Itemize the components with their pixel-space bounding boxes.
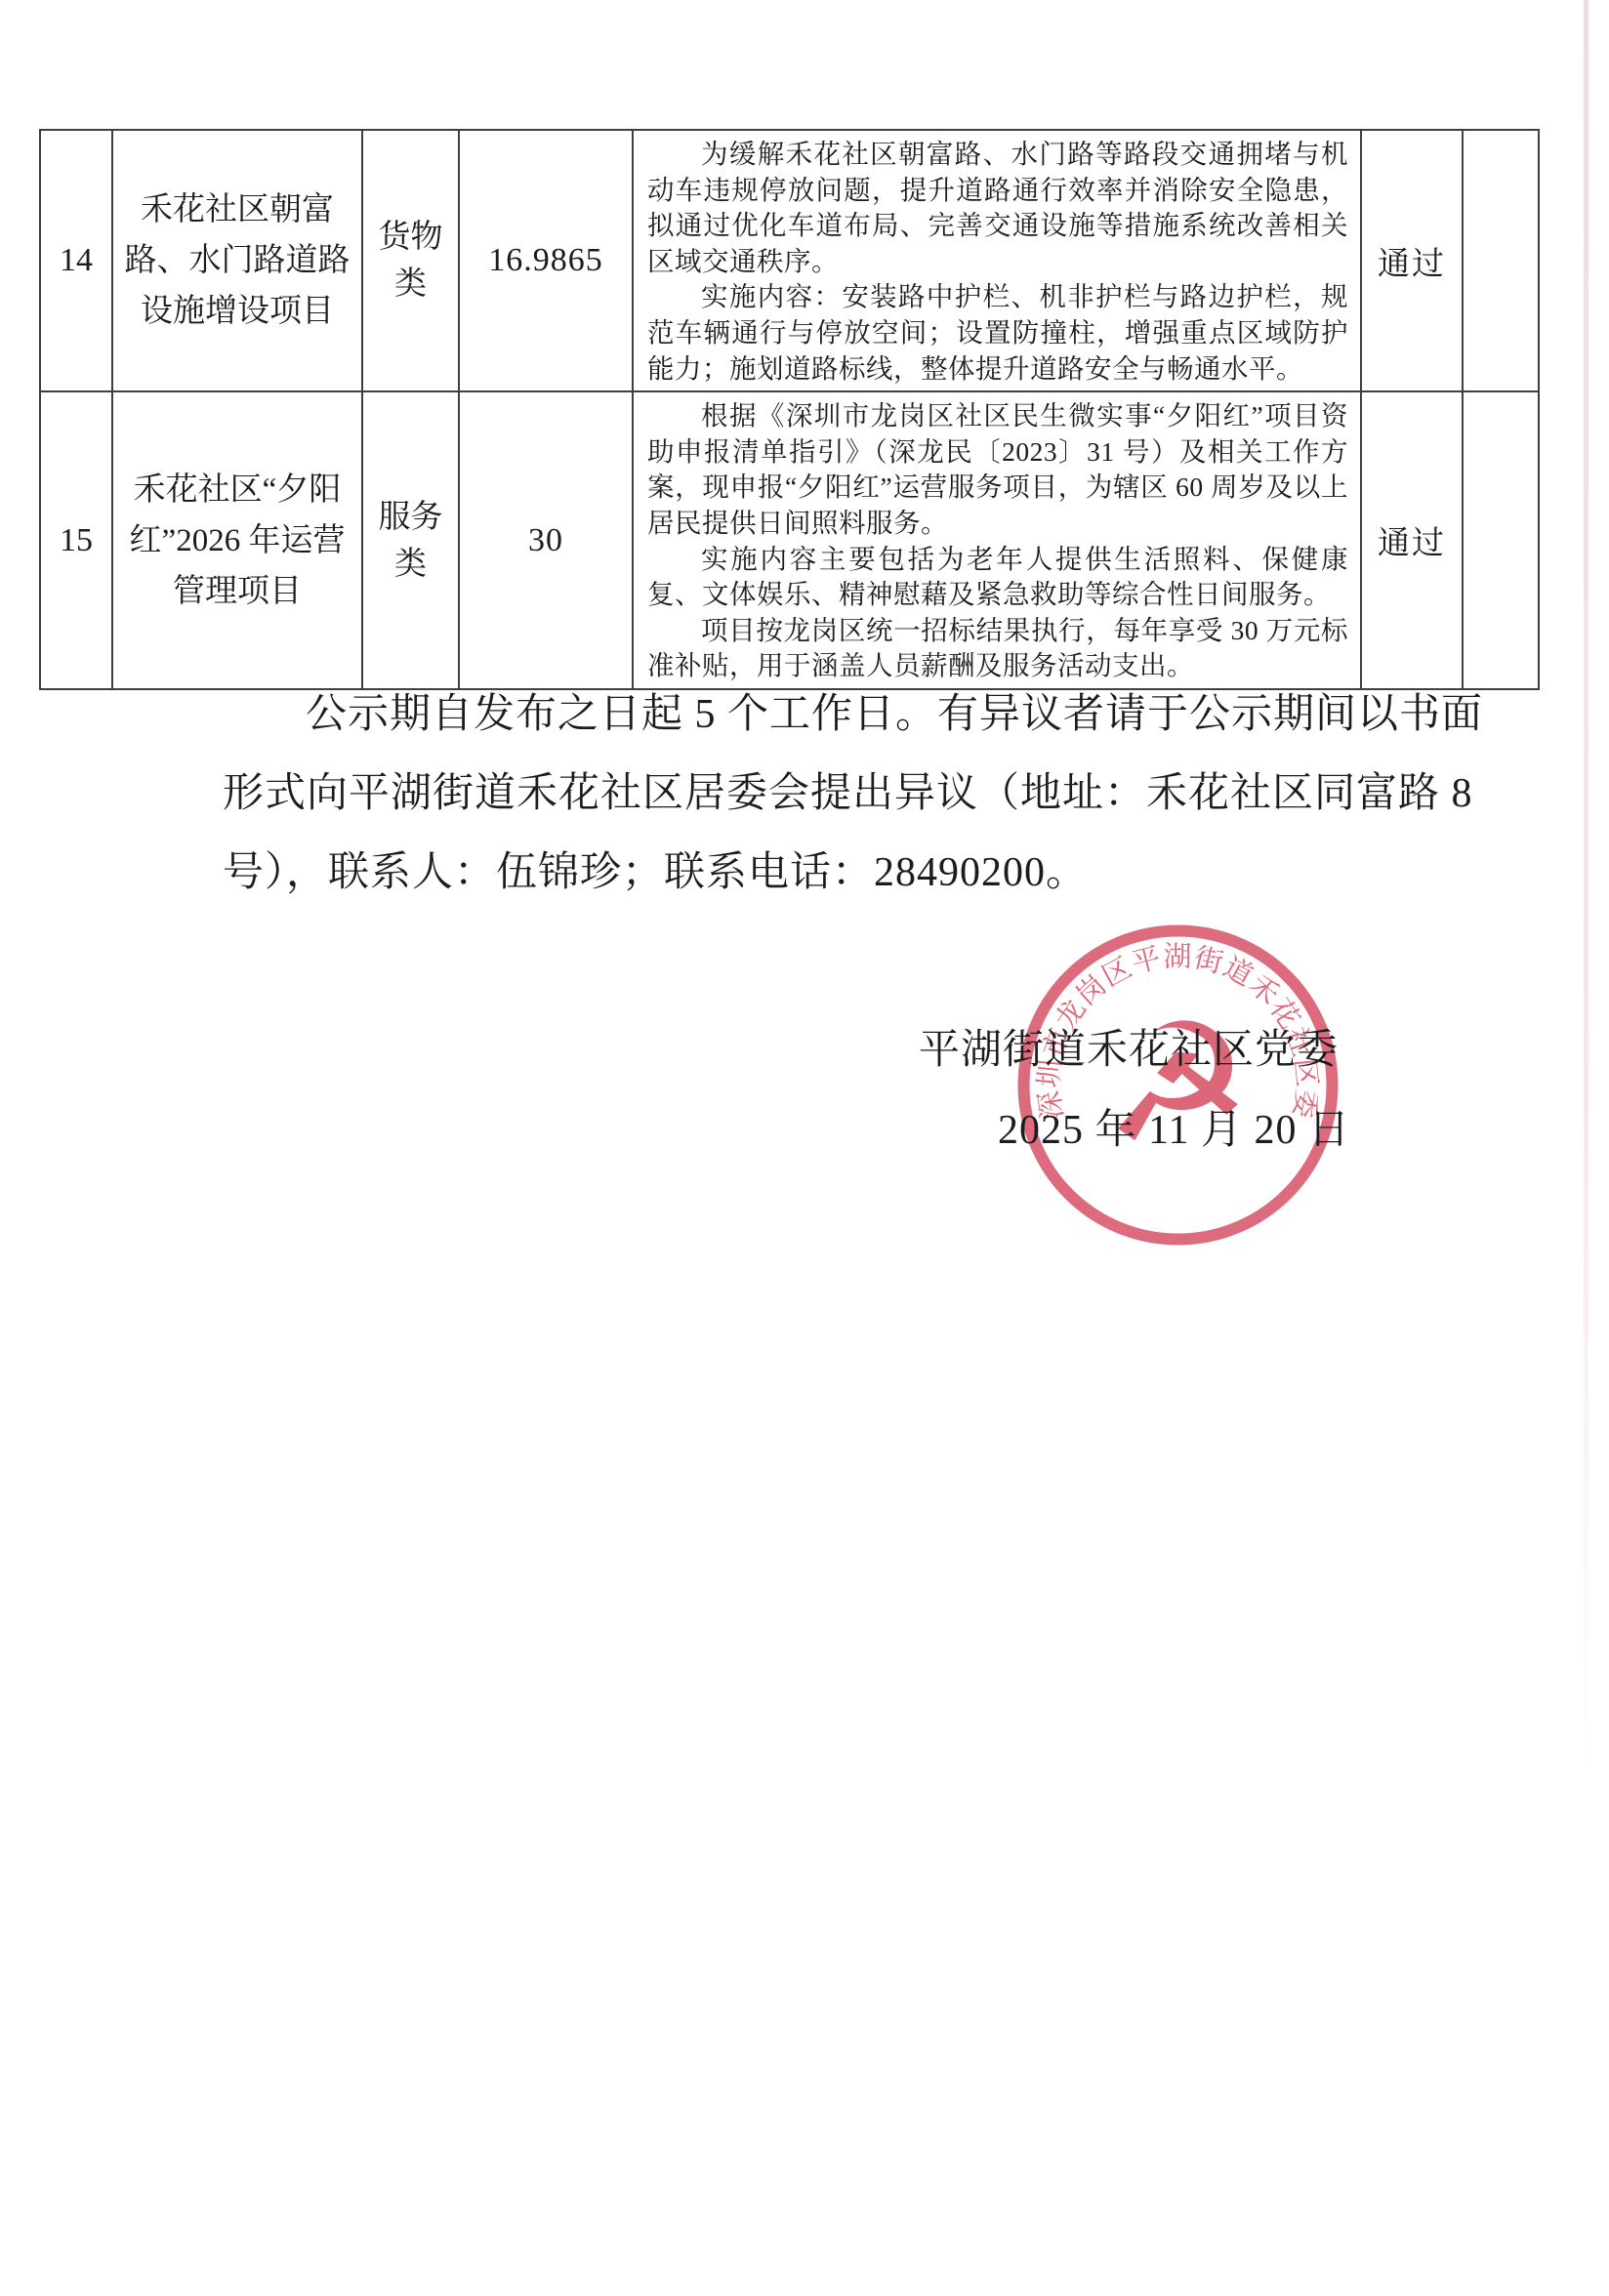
document-page: 14 禾花社区朝富路、水门路道路设施增设项目 货物类 16.9865 为缓解禾花… — [0, 0, 1609, 2296]
cell-row-number: 15 — [40, 391, 112, 689]
cell-row-number: 14 — [40, 130, 112, 391]
notice-line: 号），联系人：伍锦珍；联系电话：28490200。 — [223, 834, 1365, 913]
signature-date: 2025 年 11 月 20 日 — [998, 1097, 1350, 1156]
description-paragraph: 根据《深圳市龙岗区社区民生微实事“夕阳红”项目资助申报清单指引》（深龙民〔202… — [647, 398, 1348, 541]
cell-review-result: 通过 — [1361, 130, 1463, 391]
description-paragraph: 实施内容主要包括为老年人提供生活照料、保健康复、文体娱乐、精神慰藉及紧急救助等综… — [647, 542, 1348, 613]
signature-org: 平湖街道禾花社区党委 — [919, 1017, 1339, 1076]
description-paragraph: 为缓解禾花社区朝富路、水门路等路段交通拥堵与机动车违规停放问题，提升道路通行效率… — [647, 137, 1348, 279]
table-row-15: 15 禾花社区“夕阳红”2026 年运营管理项目 服务类 30 根据《深圳市龙岗… — [40, 391, 1539, 689]
scan-artifact-streak — [1584, 0, 1588, 1777]
cell-empty — [1463, 130, 1539, 391]
description-paragraph: 实施内容：安装路中护栏、机非护栏与路边护栏，规范车辆通行与停放空间；设置防撞柱，… — [647, 279, 1348, 387]
cell-description: 根据《深圳市龙岗区社区民生微实事“夕阳红”项目资助申报清单指引》（深龙民〔202… — [633, 391, 1361, 689]
cell-amount: 16.9865 — [459, 130, 633, 391]
cell-amount: 30 — [459, 391, 633, 689]
official-seal: 中共深圳市龙岗区平湖街道禾花社区委员会 ☭ — [1013, 921, 1342, 1250]
cell-description: 为缓解禾花社区朝富路、水门路等路段交通拥堵与机动车违规停放问题，提升道路通行效率… — [633, 130, 1361, 391]
cell-project-name: 禾花社区“夕阳红”2026 年运营管理项目 — [112, 391, 362, 689]
cell-category: 服务类 — [362, 391, 459, 689]
projects-table: 14 禾花社区朝富路、水门路道路设施增设项目 货物类 16.9865 为缓解禾花… — [39, 129, 1540, 690]
cell-category: 货物类 — [362, 130, 459, 391]
notice-line: 形式向平湖街道禾花社区居委会提出异议（地址：禾花社区同富路 8 — [223, 755, 1365, 834]
cell-review-result: 通过 — [1361, 391, 1463, 689]
cell-empty — [1463, 391, 1539, 689]
cell-project-name: 禾花社区朝富路、水门路道路设施增设项目 — [112, 130, 362, 391]
notice-line: 公示期自发布之日起 5 个工作日。有异议者请于公示期间以书面 — [223, 676, 1365, 755]
description-paragraph: 项目按龙岗区统一招标结果执行，每年享受 30 万元标准补贴，用于涵盖人员薪酬及服… — [647, 613, 1348, 684]
notice-paragraph: 公示期自发布之日起 5 个工作日。有异议者请于公示期间以书面 形式向平湖街道禾花… — [223, 676, 1365, 913]
table-row-14: 14 禾花社区朝富路、水门路道路设施增设项目 货物类 16.9865 为缓解禾花… — [40, 130, 1539, 391]
